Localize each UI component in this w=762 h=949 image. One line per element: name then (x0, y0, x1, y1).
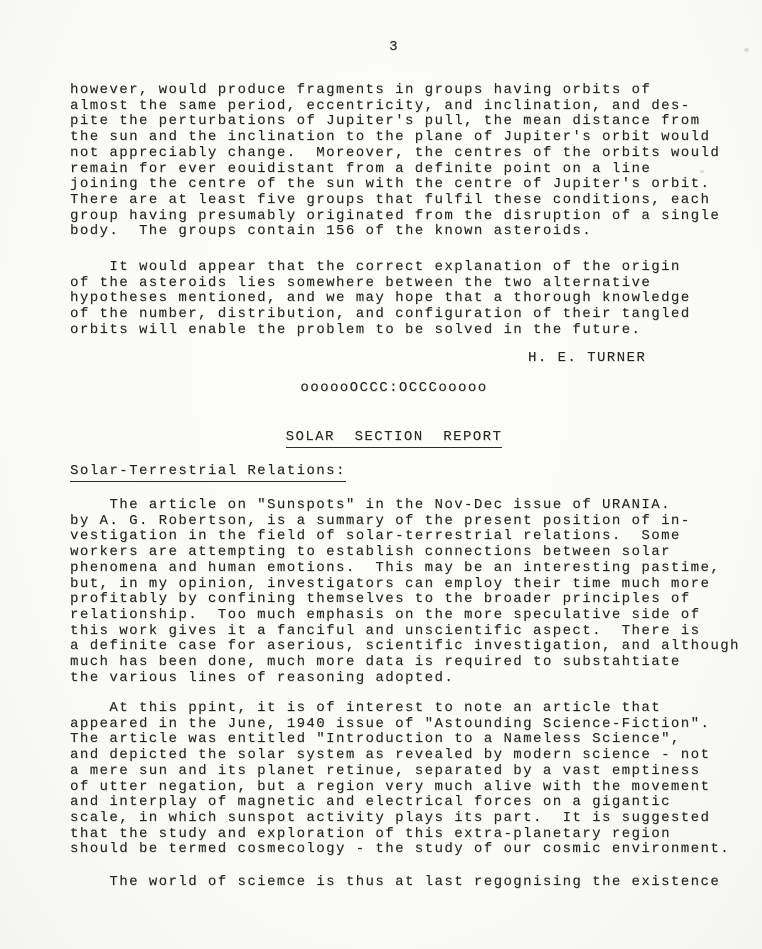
astounding-article-paragraph: At this ppint, it is of interest to note… (70, 701, 730, 858)
asteroid-groups-paragraph: however, would produce fragments in grou… (70, 83, 720, 240)
signature: H. E. TURNER (528, 351, 646, 367)
page-number: 3 (70, 40, 718, 56)
typed-divider: oooooOCCC:OCCCooooo (70, 381, 718, 397)
asteroid-conclusion-paragraph: It would appear that the correct explana… (70, 260, 691, 339)
section-heading: SOLAR SECTION REPORT (286, 430, 503, 448)
subsection-heading: Solar-Terrestrial Relations: (70, 464, 346, 482)
scan-speck (744, 48, 749, 52)
scan-speck (700, 170, 704, 173)
section-heading-wrap: SOLAR SECTION REPORT (70, 430, 718, 448)
document-page: 3 however, would produce fragments in gr… (0, 0, 762, 949)
subsection-heading-wrap: Solar-Terrestrial Relations: (70, 464, 346, 482)
solar-terrestrial-paragraph: The article on "Sunspots" in the Nov-Dec… (70, 498, 740, 686)
closing-line: The world of sciemce is thus at last reg… (70, 875, 720, 891)
